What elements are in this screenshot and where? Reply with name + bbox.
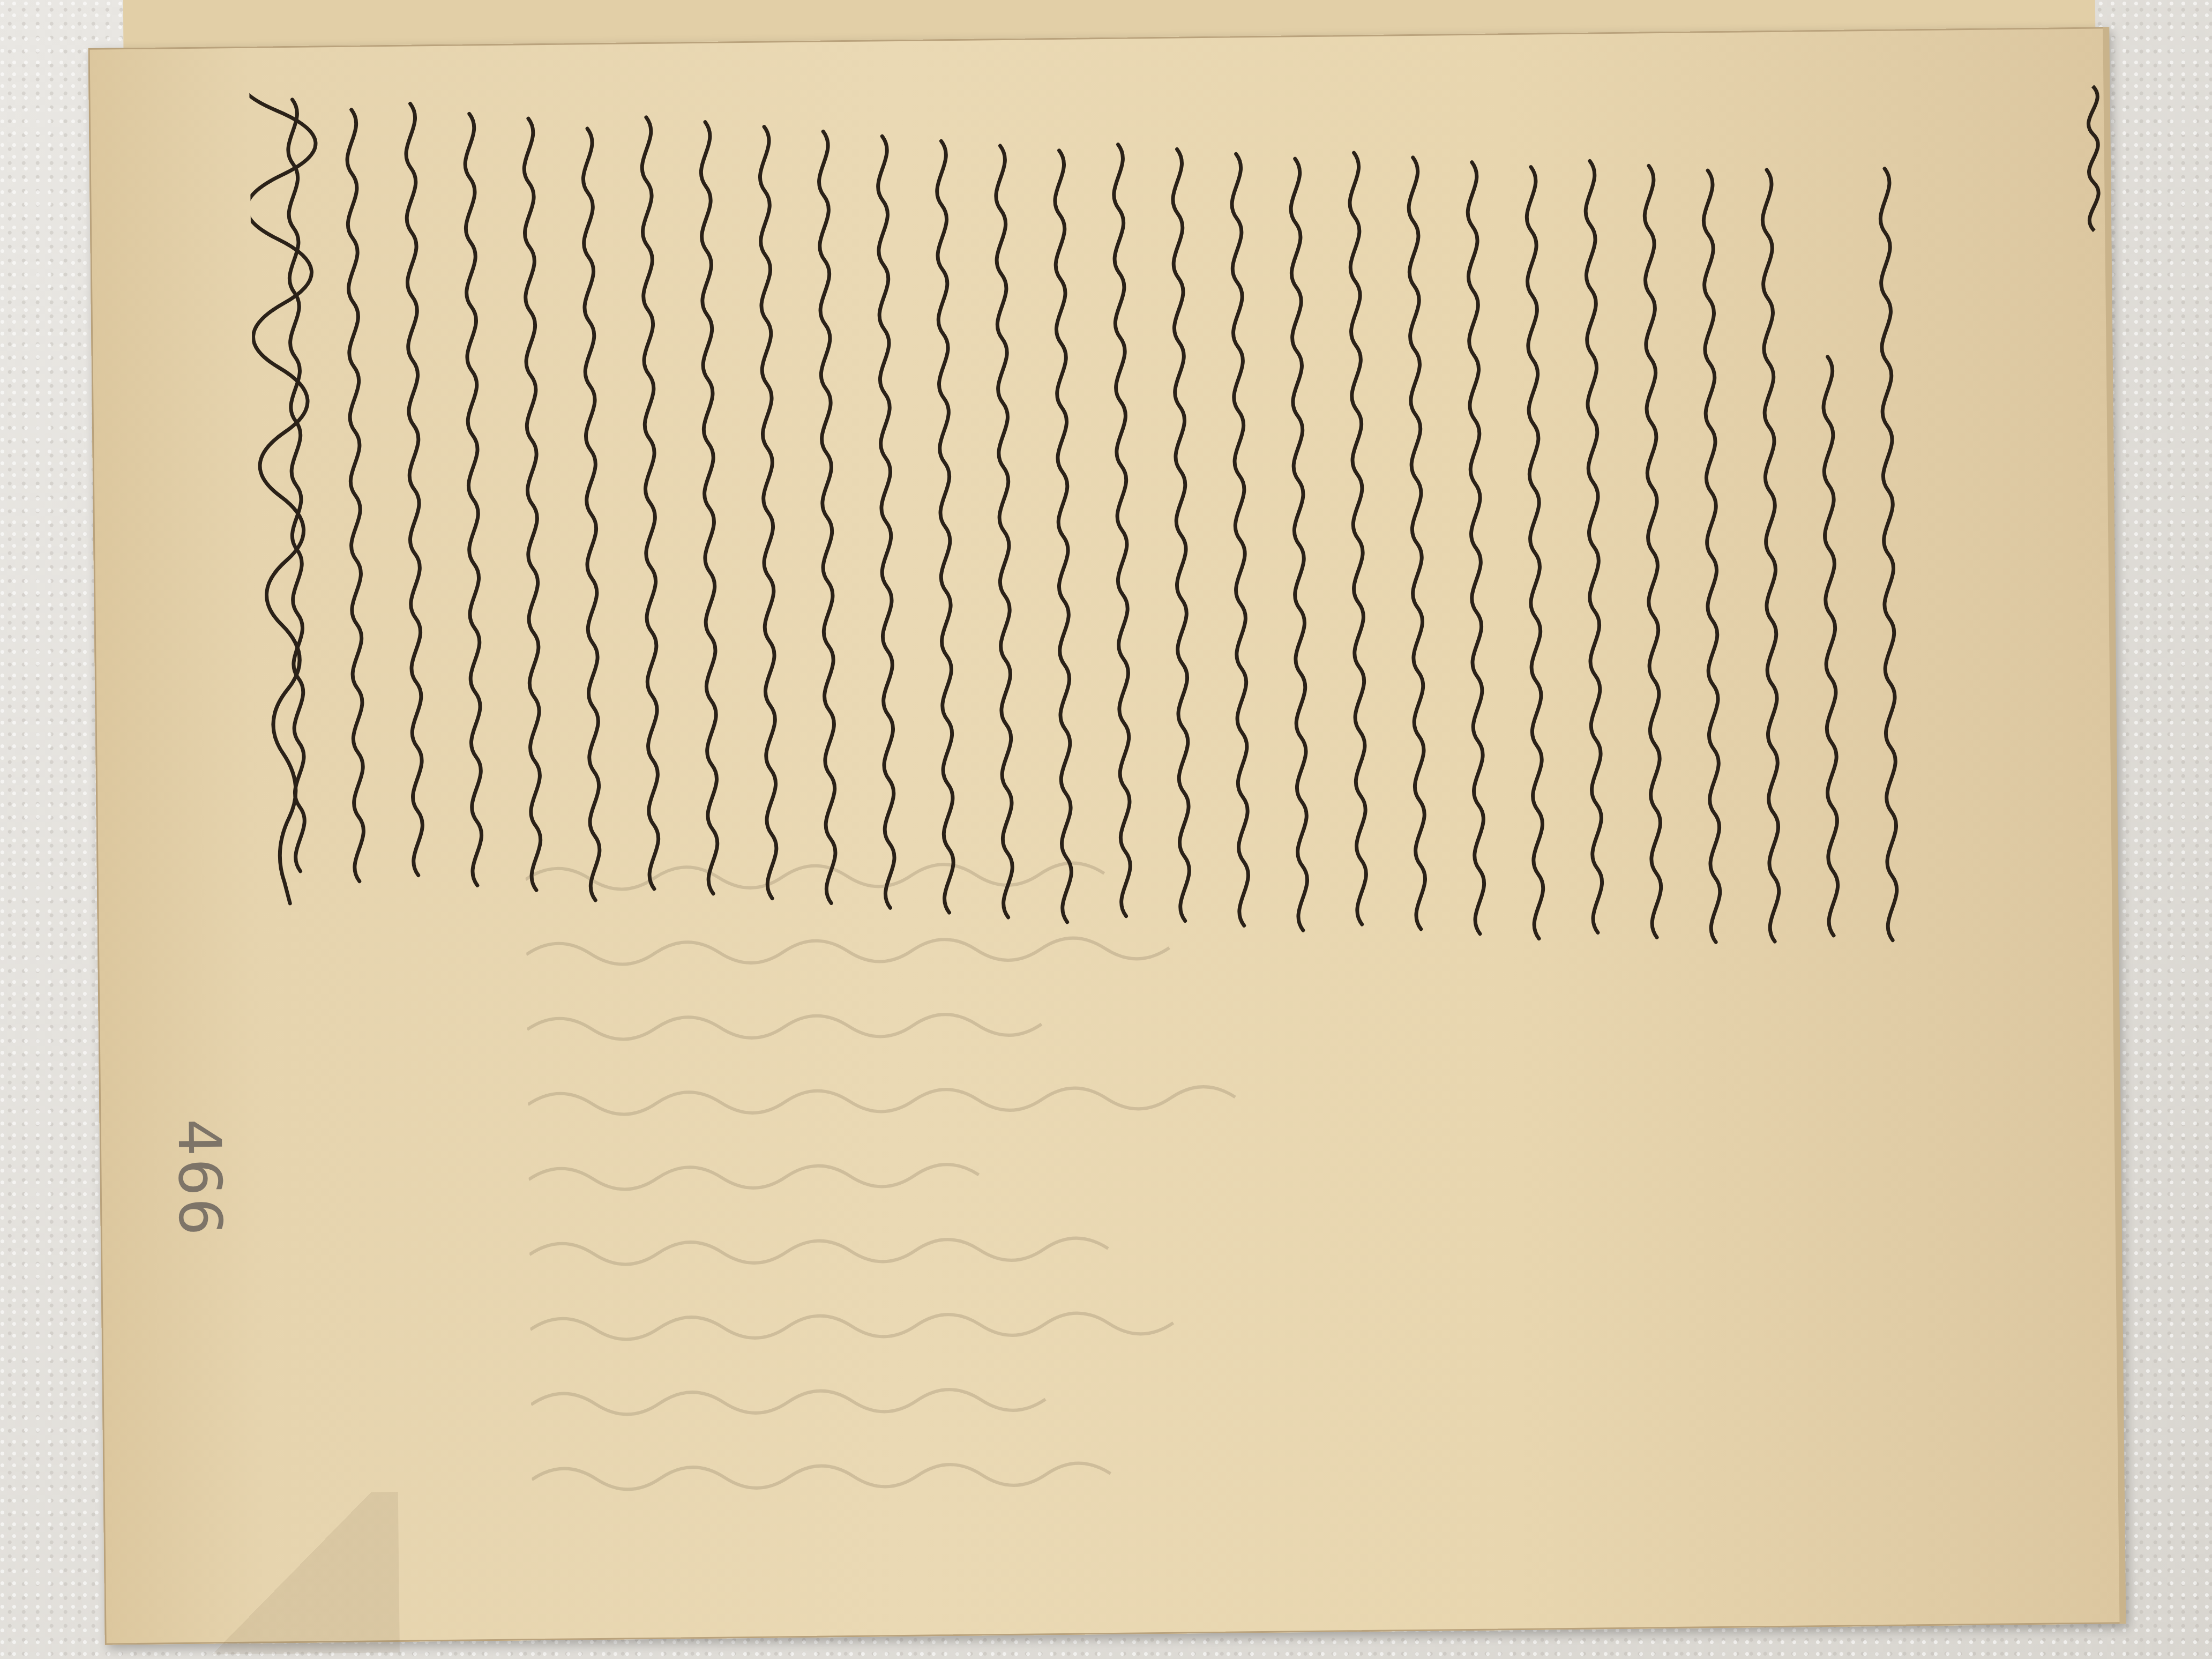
- handwritten-text-block: [249, 48, 2134, 979]
- catchword: [2060, 80, 2169, 242]
- page-fold-shadow: [184, 1492, 400, 1655]
- page-number: 466: [165, 1118, 234, 1238]
- manuscript-page: 466: [88, 27, 2125, 1645]
